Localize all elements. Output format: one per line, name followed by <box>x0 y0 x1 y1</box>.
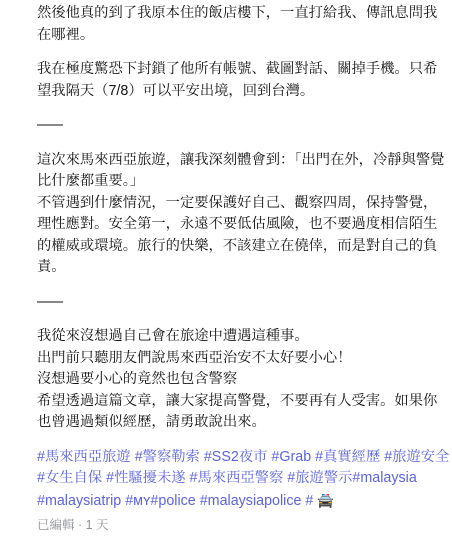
hashtag-link[interactable]: #馬來西亞旅遊 <box>37 449 131 465</box>
post-paragraph-4: 我從來沒想過自己會在旅途中遭遇這種事。 出門前只聽朋友們說馬來西亞治安不太好要小… <box>37 326 448 434</box>
hashtag-link[interactable]: #女生自保 <box>37 470 102 486</box>
edited-timestamp[interactable]: 已編輯 · 1 天 <box>37 516 448 534</box>
hashtag-link[interactable]: #ᴍʏ#police <box>125 493 196 509</box>
hashtag-line: #馬來西亞旅遊 #警察勒索 #SS2夜市 #Grab #真實經歷 #旅遊安全 <box>37 447 448 469</box>
hashtag-link[interactable]: #旅遊安全 <box>384 449 449 465</box>
hashtag-line: #女生自保 #性騷擾未遂 #馬來西亞警察 #旅遊警示#malaysia <box>37 468 448 490</box>
hashtag-link[interactable]: #警察勒索 <box>135 449 200 465</box>
hashtag-link[interactable]: #malaysiapolice <box>200 493 302 509</box>
post-paragraph-2: 我在極度驚恐下封鎖了他所有帳號、截圖對話、關掉手機。只希 望我隔天（7/8）可以… <box>37 59 448 102</box>
post-paragraph-1: 然後他真的到了我原本住的飯店樓下，一直打給我、傳訊息問我 在哪裡。 <box>37 3 448 46</box>
hashtag-link[interactable]: #馬來西亞警察 <box>190 470 284 486</box>
hashtag-link[interactable]: #malaysiatrip <box>37 493 121 509</box>
post-body: 然後他真的到了我原本住的飯店樓下，一直打給我、傳訊息問我 在哪裡。 我在極度驚恐… <box>0 0 452 534</box>
divider-dash-1: —— <box>37 115 448 137</box>
post-paragraph-3: 這次來馬來西亞旅遊，讓我深刻體會到：「出門在外，冷靜與警覺 比什麼都重要。」 不… <box>37 150 448 279</box>
hashtag-link[interactable]: #Grab <box>271 449 311 465</box>
hashtag-link[interactable]: #真實經歷 <box>315 449 380 465</box>
hashtag-line: #malaysiatrip #ᴍʏ#police #malaysiapolice… <box>37 490 448 513</box>
hashtag-link[interactable]: # <box>305 493 313 509</box>
hashtag-link[interactable]: #SS2夜市 <box>204 449 268 465</box>
police-car-emoji: 🚔 <box>317 493 334 508</box>
hashtags: #馬來西亞旅遊 #警察勒索 #SS2夜市 #Grab #真實經歷 #旅遊安全#女… <box>37 447 448 513</box>
divider-dash-2: —— <box>37 292 448 314</box>
hashtag-link[interactable]: #旅遊警示#malaysia <box>287 470 417 486</box>
hashtag-link[interactable]: #性騷擾未遂 <box>106 470 185 486</box>
